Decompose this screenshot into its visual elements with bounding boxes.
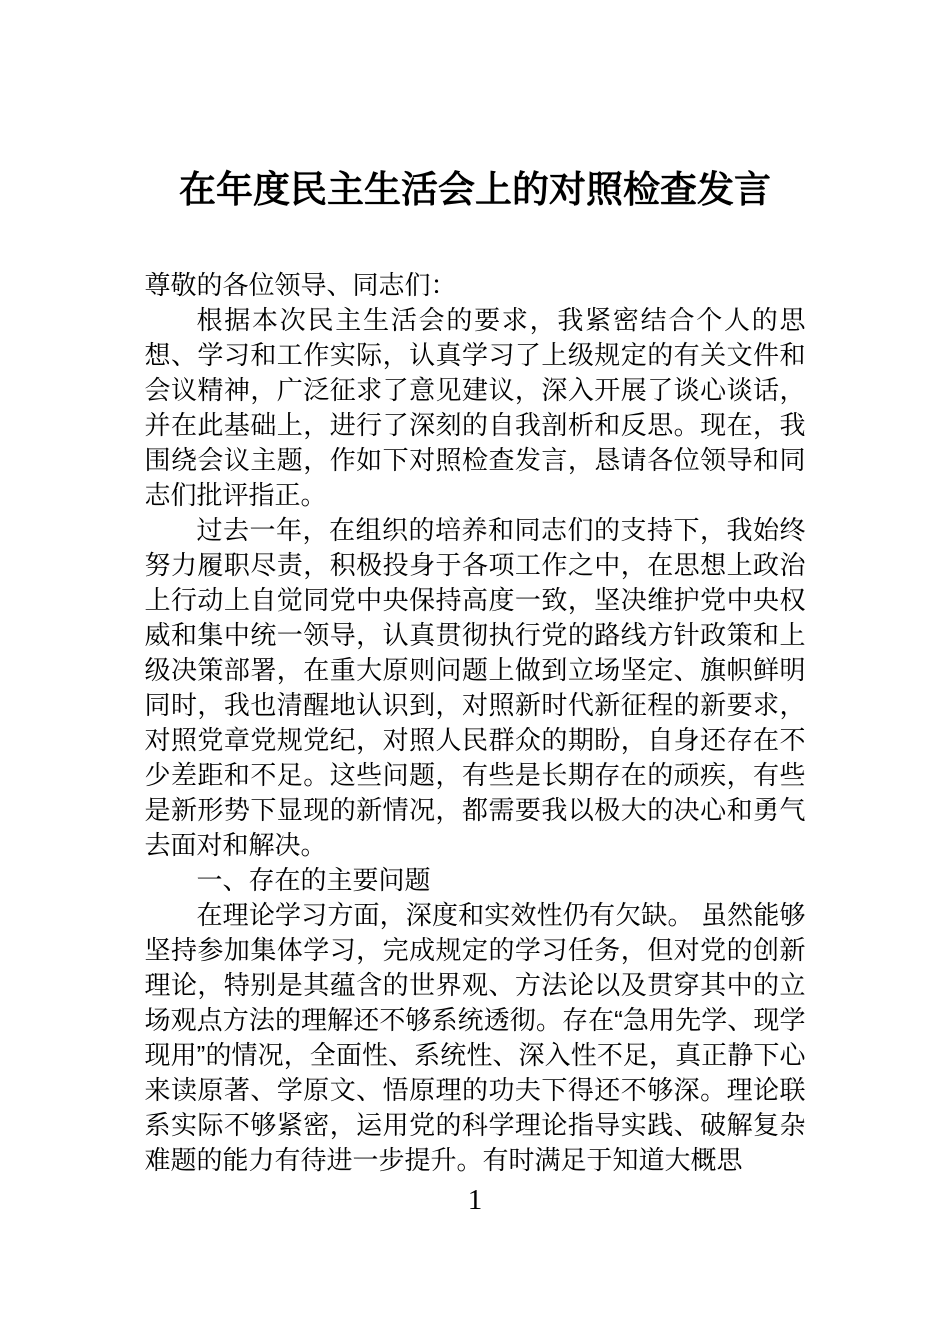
body-paragraph: 过去一年，在组织的培养和同志们的支持下，我始终努力履职尽责，积极投身于各项工作之…	[145, 513, 806, 863]
section-heading: 一、存在的主要问题	[145, 863, 806, 898]
document-page: 在年度民主生活会上的对照检查发言 尊敬的各位领导、同志们：根据本次民主生活会的要…	[0, 0, 950, 1344]
page-number: 1	[0, 1183, 950, 1218]
body-paragraph: 根据本次民主生活会的要求，我紧密结合个人的思想、学习和工作实际，认真学习了上级规…	[145, 303, 806, 513]
salutation-line: 尊敬的各位领导、同志们：	[145, 268, 806, 303]
body-paragraph: 在理论学习方面，深度和实效性仍有欠缺。 虽然能够坚持参加集体学习，完成规定的学习…	[145, 898, 806, 1178]
document-body: 尊敬的各位领导、同志们：根据本次民主生活会的要求，我紧密结合个人的思想、学习和工…	[145, 268, 806, 1178]
document-title: 在年度民主生活会上的对照检查发言	[0, 0, 950, 213]
